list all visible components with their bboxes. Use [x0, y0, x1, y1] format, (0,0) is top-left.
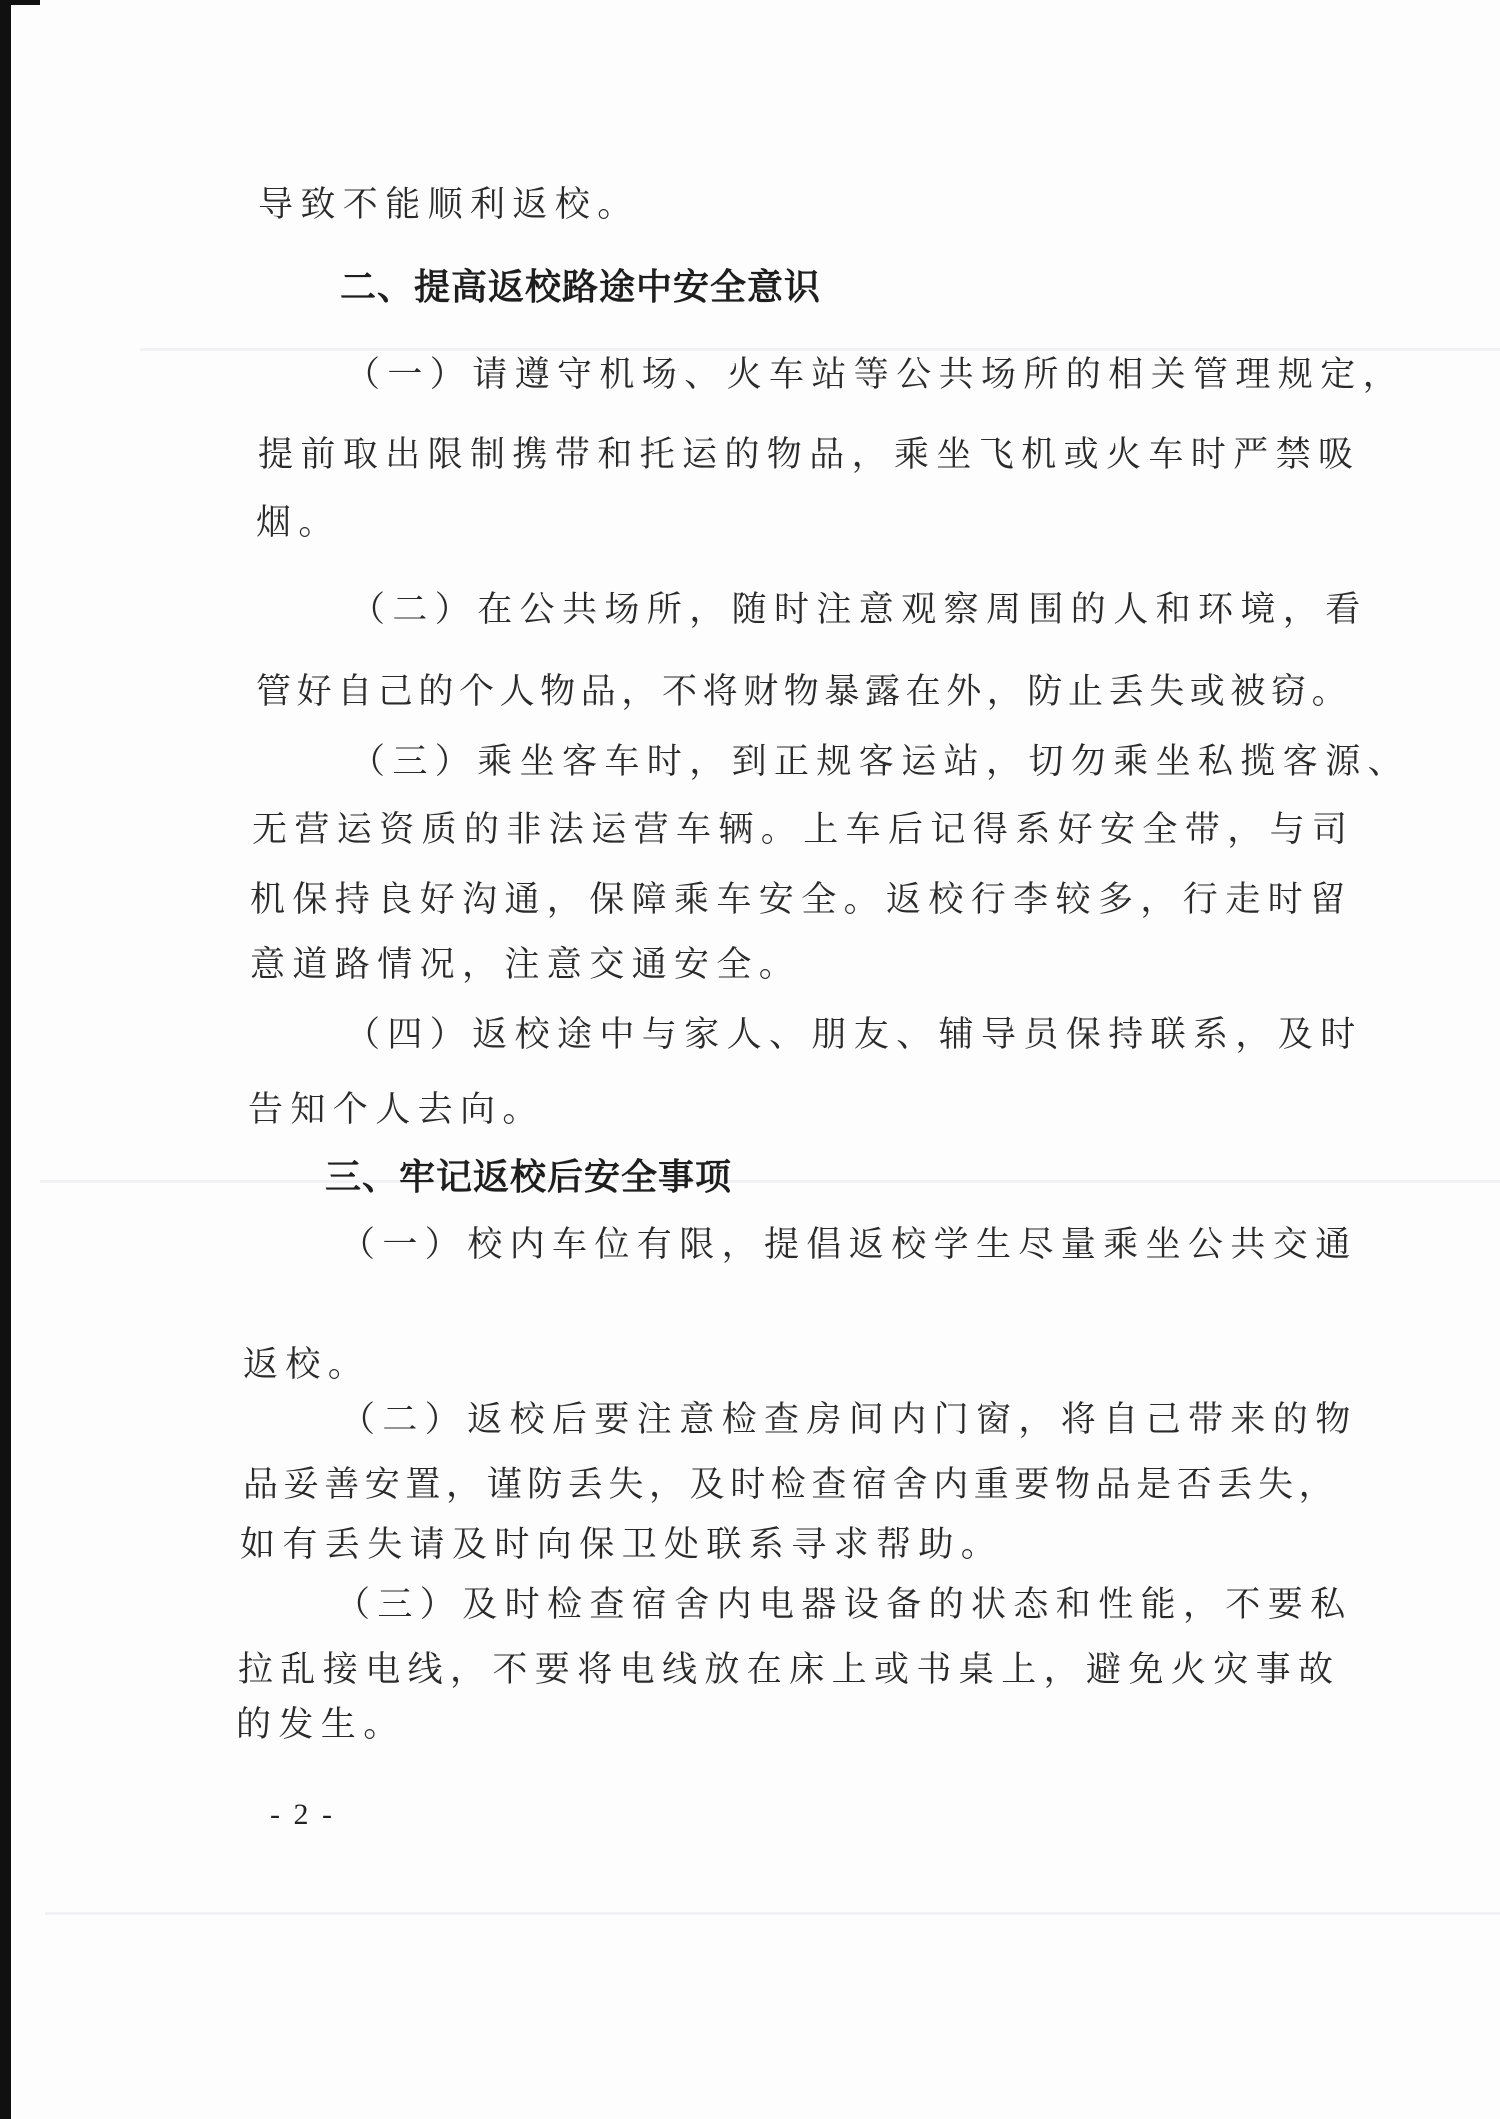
paragraph-line: （三）及时检查宿舍内电器设备的状态和性能，不要私: [335, 1583, 1353, 1627]
scan-border-top: [0, 0, 40, 5]
paragraph-line: 意道路情况，注意交通安全。: [250, 943, 801, 987]
paragraph-line: 拉乱接电线，不要将电线放在床上或书桌上，避免火灾事故: [238, 1648, 1340, 1692]
paragraph-line: （一）请遵守机场、火车站等公共场所的相关管理规定，: [345, 353, 1405, 397]
paragraph-line: 机保持良好沟通，保障乘车安全。返校行李较多，行走时留: [250, 878, 1352, 922]
paragraph-line: （二）返校后要注意检查房间内门窗，将自己带来的物: [340, 1398, 1358, 1442]
paragraph-line: 烟。: [256, 501, 341, 545]
paragraph-line: 返校。: [243, 1343, 370, 1387]
section-heading: 二、提高返校路途中安全意识: [340, 265, 821, 311]
paragraph-line: 无营运资质的非法运营车辆。上车后记得系好安全带，与司: [252, 808, 1354, 852]
paragraph-line: （四）返校途中与家人、朋友、辅导员保持联系，及时: [345, 1013, 1363, 1057]
paragraph-line: （三）乘坐客车时，到正规客运站，切勿乘坐私揽客源、: [350, 740, 1410, 784]
continuation-text: 导致不能顺利返校。: [258, 183, 640, 227]
paragraph-line: 告知个人去向。: [248, 1088, 545, 1132]
scan-border-left: [0, 0, 11, 2119]
paragraph-line: 的发生。: [236, 1703, 406, 1747]
paragraph-line: 品妥善安置，谨防丢失，及时检查宿舍内重要物品是否丢失，: [243, 1463, 1339, 1507]
paragraph-line: 提前取出限制携带和托运的物品，乘坐飞机或火车时严禁吸: [258, 433, 1360, 477]
paragraph-line: （二）在公共场所，随时注意观察周围的人和环境，看: [350, 588, 1368, 632]
scanned-document-page: 导致不能顺利返校。 二、提高返校路途中安全意识 （一）请遵守机场、火车站等公共场…: [0, 0, 1500, 2119]
show-through-line: [45, 1912, 1500, 1915]
show-through-line: [140, 348, 1500, 351]
paragraph-line: （一）校内车位有限，提倡返校学生尽量乘坐公共交通: [340, 1223, 1358, 1267]
show-through-line: [40, 1180, 1500, 1183]
section-heading: 三、牢记返校后安全事项: [325, 1155, 732, 1201]
paragraph-line: 如有丢失请及时向保卫处联系寻求帮助。: [240, 1523, 1003, 1567]
page-number: - 2 -: [270, 1798, 335, 1832]
paragraph-line: 管好自己的个人物品，不将财物暴露在外，防止丢失或被窃。: [256, 670, 1352, 714]
